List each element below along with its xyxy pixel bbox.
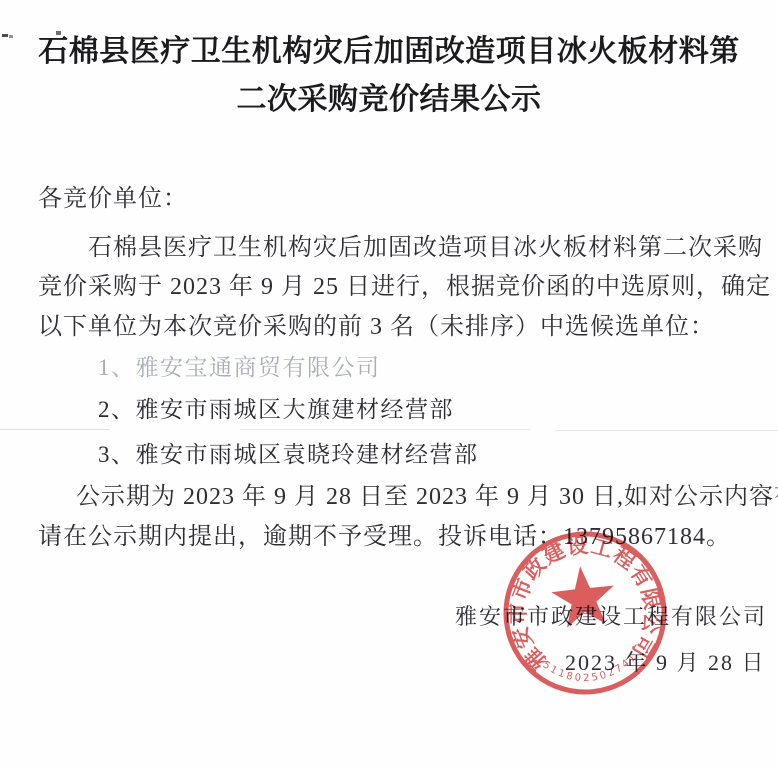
scan-artifact-line [0, 429, 110, 430]
paragraph2-line1: 公示期为 2023 年 9 月 28 日至 2023 年 9 月 30 日,如对… [76, 476, 778, 511]
seal-star-icon [549, 563, 618, 629]
salutation-text: 各竞价单位： [38, 178, 188, 213]
scan-artifact-line [240, 429, 530, 430]
scan-artifact-line [555, 430, 778, 431]
scan-speck [56, 31, 61, 35]
notice-document-page: 石棉县医疗卫生机构灾后加固改造项目冰火板材料第 二次采购竞价结果公示 各竞价单位… [0, 0, 778, 768]
paragraph1-line1: 石棉县医疗卫生机构灾后加固改造项目冰火板材料第二次采购 [88, 227, 763, 262]
candidate-item-2: 2、雅安市雨城区大旗建材经营部 [98, 391, 454, 424]
paragraph1-line2: 竞价采购于 2023 年 9 月 25 日进行，根据竞价函的中选原则，确定 [38, 266, 771, 301]
scan-speck [2, 34, 8, 37]
scan-speck [9, 35, 13, 38]
seal-stamp-graphic: 雅安市市政建设工程有限公司 511802502741 [495, 523, 675, 703]
candidate-item-1: 1、雅安宝通商贸有限公司 [98, 349, 381, 382]
seal-serial-number: 511802502741 [540, 650, 643, 689]
document-title-line2: 二次采购竞价结果公示 [0, 74, 778, 118]
svg-text:511802502741: 511802502741 [540, 650, 643, 689]
paragraph1-line3: 以下单位为本次竞价采购的前 3 名（未排序）中选候选单位： [38, 306, 715, 341]
candidate-item-3: 3、雅安市雨城区袁晓玲建材经营部 [98, 436, 479, 469]
document-title-line1: 石棉县医疗卫生机构灾后加固改造项目冰火板材料第 [0, 26, 778, 70]
company-seal-stamp: 雅安市市政建设工程有限公司 511802502741 [495, 523, 675, 703]
